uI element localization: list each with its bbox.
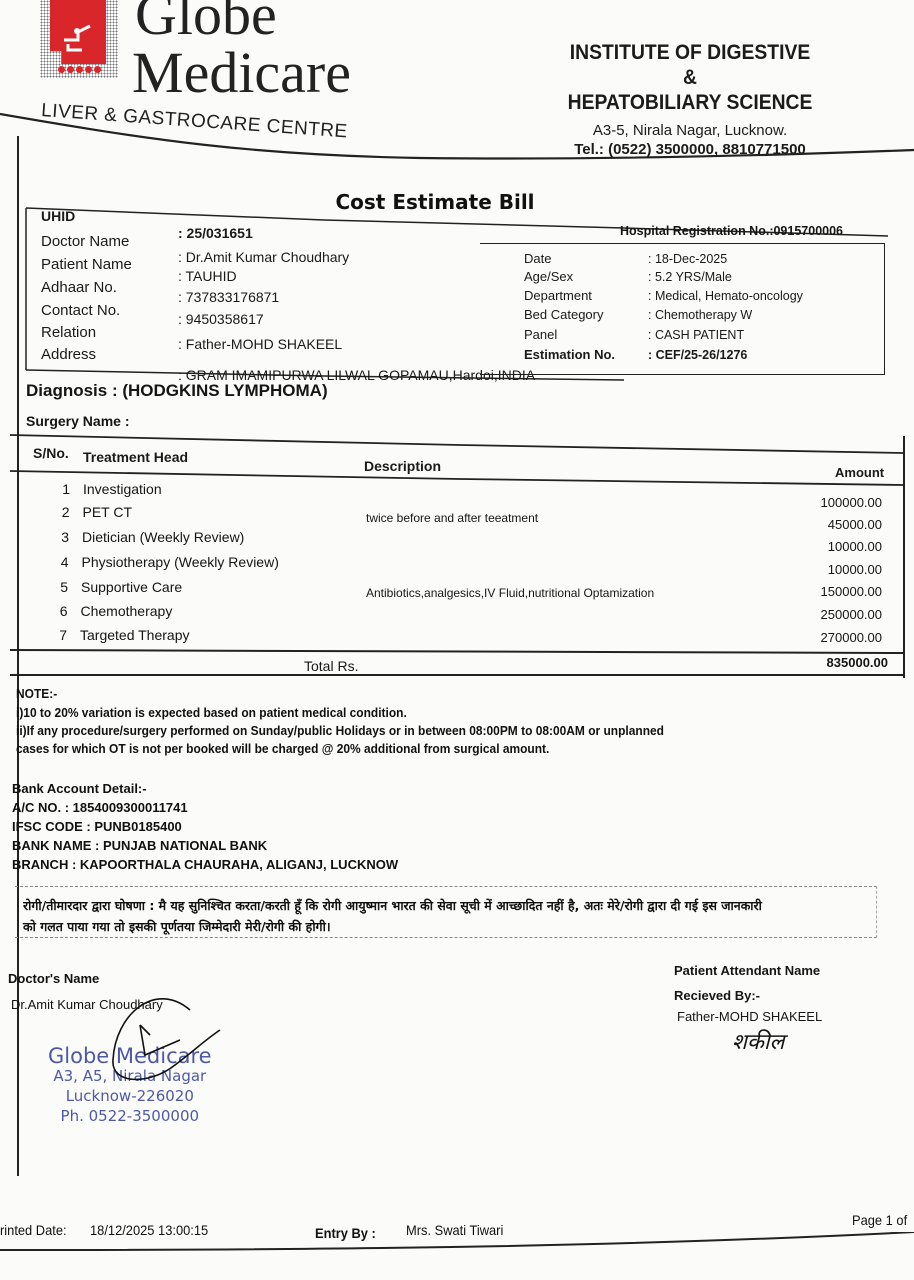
attendant-name: Father-MOHD SHAKEEL bbox=[677, 1009, 822, 1024]
diagnosis: Diagnosis : (HODGKINS LYMPHOMA) bbox=[26, 381, 328, 401]
row-serial-number: 6 bbox=[50, 603, 68, 619]
row-treatment-head: Chemotherapy bbox=[81, 603, 173, 619]
doctor-name-label: Doctor's Name bbox=[8, 971, 99, 986]
row-serial-number: 7 bbox=[49, 627, 67, 643]
attendant-name-label: Patient Attendant Name bbox=[674, 963, 820, 978]
bank-name: BANK NAME : PUNJAB NATIONAL BANK bbox=[12, 838, 267, 853]
patient-info-label: Contact No. bbox=[41, 302, 120, 319]
patient-info-label: Adhaar No. bbox=[41, 279, 117, 296]
patient-info-label: Date bbox=[524, 251, 551, 266]
row-amount: 45000.00 bbox=[828, 517, 882, 532]
patient-info-value: : 5.2 YRS/Male bbox=[648, 270, 732, 284]
patient-info-value: : Dr.Amit Kumar Choudhary bbox=[178, 249, 349, 265]
column-header-sno: S/No. bbox=[33, 445, 69, 461]
total-amount: 835000.00 bbox=[827, 655, 888, 670]
globe-medicare-logo-icon bbox=[40, 0, 118, 78]
patient-info-label: Relation bbox=[41, 324, 96, 341]
row-treatment-head: Targeted Therapy bbox=[80, 627, 189, 643]
doctor-signature-icon bbox=[95, 985, 235, 1095]
institute-line1: INSTITUTE OF DIGESTIVE bbox=[552, 40, 828, 65]
patient-declaration: रोगी/तीमारदार द्वारा घोषणा : मै यह सुनिश… bbox=[15, 886, 877, 938]
row-amount: 10000.00 bbox=[828, 562, 882, 577]
column-header-amount: Amount bbox=[835, 465, 884, 480]
bank-ifsc-code: IFSC CODE : PUNB0185400 bbox=[12, 819, 182, 834]
patient-info-label: UHID bbox=[41, 208, 75, 224]
table-right-border bbox=[903, 436, 905, 678]
declaration-line-1: रोगी/तीमारदार द्वारा घोषणा : मै यह सुनिश… bbox=[23, 895, 868, 916]
row-amount: 100000.00 bbox=[821, 495, 882, 510]
stamp-line-4: Ph. 0522-3500000 bbox=[48, 1106, 212, 1126]
row-treatment-head: PET CT bbox=[83, 504, 133, 520]
bank-account-number: A/C NO. : 1854009300011741 bbox=[12, 800, 188, 815]
row-serial-number: 3 bbox=[51, 529, 69, 545]
row-serial-number: 4 bbox=[51, 554, 69, 570]
bank-branch: BRANCH : KAPOORTHALA CHAURAHA, ALIGANJ, … bbox=[12, 857, 398, 872]
row-treatment-head: Physiotherapy (Weekly Review) bbox=[82, 554, 279, 570]
row-treatment-head: Investigation bbox=[83, 481, 162, 497]
row-treatment-head: Supportive Care bbox=[81, 579, 182, 595]
note-line-2: ii)If any procedure/surgery performed on… bbox=[16, 723, 664, 738]
row-amount: 150000.00 bbox=[821, 584, 882, 599]
footer-rule bbox=[0, 1232, 914, 1262]
row-amount: 10000.00 bbox=[828, 539, 882, 554]
patient-info-label: Estimation No. bbox=[524, 347, 615, 362]
patient-info-value: : Father-MOHD SHAKEEL bbox=[178, 336, 342, 352]
brand-name-line1: Globe bbox=[135, 0, 277, 44]
row-serial-number: 2 bbox=[52, 504, 70, 520]
patient-info-value: : Medical, Hemato-oncology bbox=[648, 289, 803, 303]
patient-info-value: : 9450358617 bbox=[178, 311, 264, 327]
patient-info-label: Age/Sex bbox=[524, 269, 573, 284]
patient-info-value: : CEF/25-26/1276 bbox=[648, 348, 747, 362]
note-heading: NOTE:- bbox=[16, 686, 57, 701]
row-amount: 250000.00 bbox=[821, 607, 882, 622]
row-serial-number: 5 bbox=[50, 579, 68, 595]
patient-info-label: Address bbox=[41, 346, 96, 363]
patient-info-label: Department bbox=[524, 288, 592, 303]
patient-info-value: : 18-Dec-2025 bbox=[648, 252, 727, 266]
column-header-treatment-head: Treatment Head bbox=[83, 449, 188, 465]
page-number: Page 1 of bbox=[852, 1212, 907, 1228]
patient-info-label: Bed Category bbox=[524, 307, 604, 322]
patient-info-value: : 25/031651 bbox=[178, 225, 253, 241]
patient-info-value: : Chemotherapy W bbox=[648, 308, 752, 322]
attendant-signature: शकील bbox=[732, 1026, 784, 1056]
patient-info-value: : CASH PATIENT bbox=[648, 328, 744, 342]
total-label: Total Rs. bbox=[304, 658, 358, 674]
hospital-registration-number: Hospital Registration No.:0915700006 bbox=[620, 224, 843, 238]
patient-info-value: : 737833176871 bbox=[178, 289, 279, 305]
note-line-1: i)10 to 20% variation is expected based … bbox=[16, 705, 407, 720]
patient-info-label: Panel bbox=[524, 327, 557, 342]
patient-info-label: Doctor Name bbox=[41, 233, 129, 250]
row-description: twice before and after teeatment bbox=[366, 511, 538, 525]
bank-heading: Bank Account Detail:- bbox=[12, 781, 147, 796]
row-serial-number: 1 bbox=[52, 481, 70, 497]
row-treatment-head: Dietician (Weekly Review) bbox=[82, 529, 244, 545]
received-by-label: Recieved By:- bbox=[674, 988, 760, 1003]
note-line-3: cases for which OT is not per booked wil… bbox=[16, 741, 549, 756]
patient-info-label: Patient Name bbox=[41, 256, 132, 273]
row-amount: 270000.00 bbox=[821, 630, 882, 645]
column-header-description: Description bbox=[364, 458, 441, 474]
declaration-line-2: को गलत पाया गया तो इसकी पूर्णतया जिम्मेद… bbox=[23, 916, 868, 937]
row-description: Antibiotics,analgesics,IV Fluid,nutritio… bbox=[366, 586, 654, 600]
patient-info-value: : TAUHID bbox=[178, 268, 237, 284]
